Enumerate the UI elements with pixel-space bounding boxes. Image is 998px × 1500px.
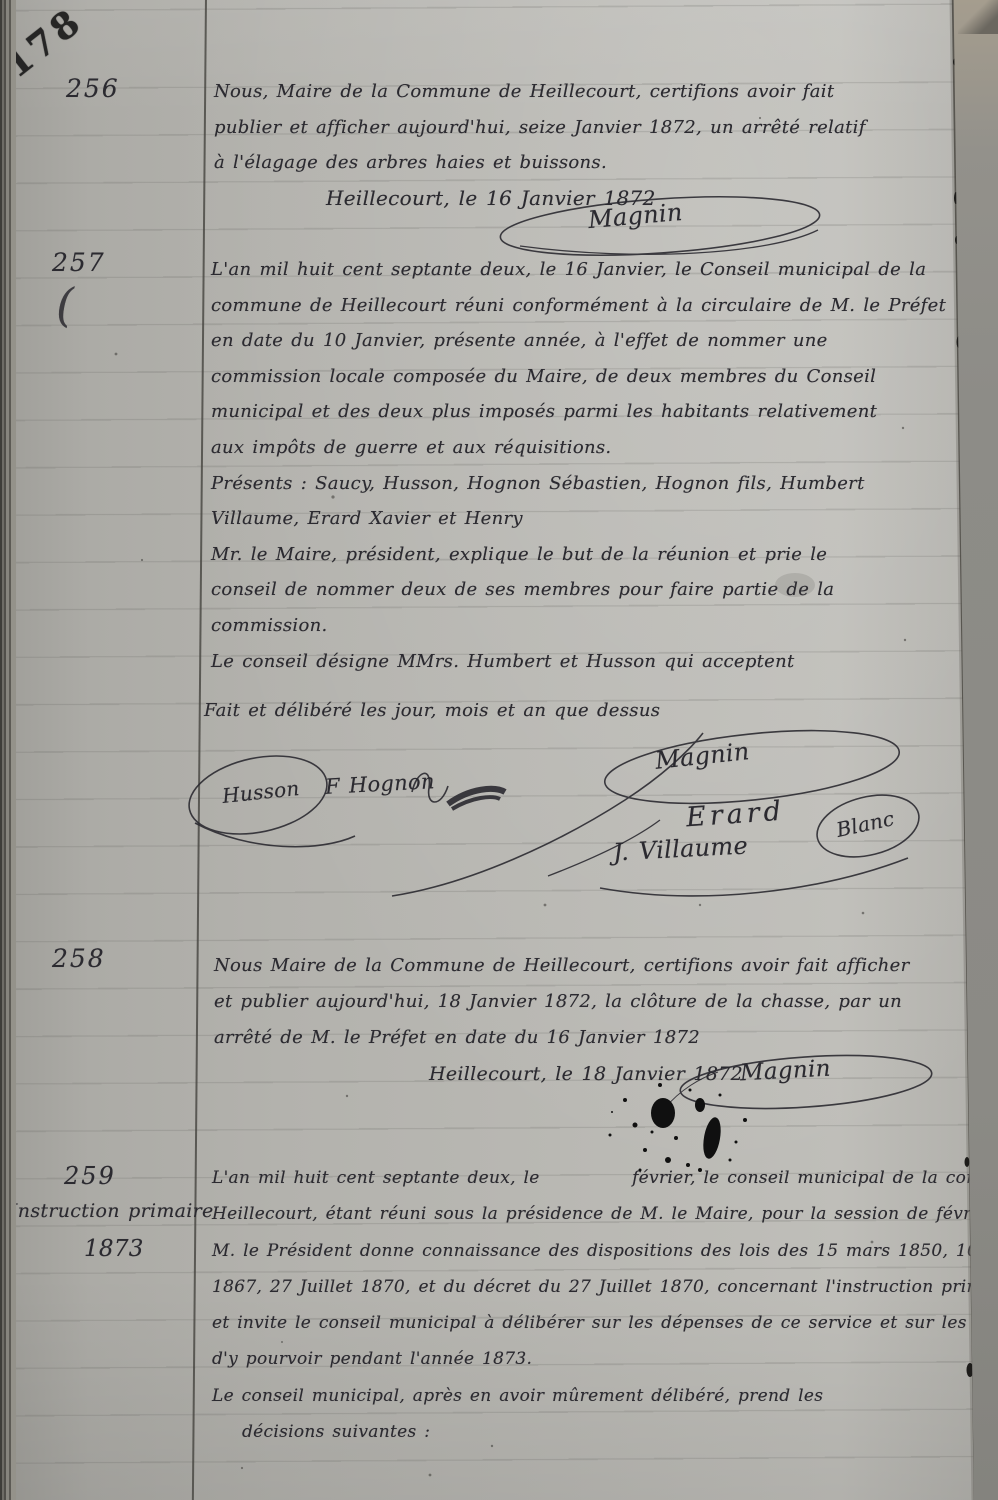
- entry-date-line: Heillecourt, le 16 Janvier 1872: [214, 181, 866, 217]
- margin-note-instruction-primaire: Instruction primaire: [10, 1200, 214, 1222]
- entry-line: Le conseil désigne MMrs. Humbert et Huss…: [211, 644, 946, 680]
- entry-line: 1867, 27 Juillet 1870, et du décret du 2…: [212, 1269, 998, 1305]
- margin-number-257: 257: [52, 248, 106, 277]
- entry-259: L'an mil huit cent septante deux, le fév…: [212, 1160, 998, 1450]
- entry-line: et invite le conseil municipal à délibér…: [212, 1305, 998, 1341]
- entry-line: et publier aujourd'hui, 18 Janvier 1872,…: [214, 984, 910, 1020]
- entry-line: L'an mil huit cent septante deux, le fév…: [212, 1160, 998, 1196]
- closing-formula: Fait et délibéré les jour, mois et an qu…: [204, 700, 660, 721]
- margin-number-259: 259: [64, 1162, 116, 1190]
- margin-number-258: 258: [52, 944, 106, 973]
- binding-corner-shadow: [958, 0, 998, 34]
- entry-line: commission locale composée du Maire, de …: [211, 359, 946, 395]
- entry-line: arrêté de M. le Préfet en date du 16 Jan…: [214, 1020, 910, 1056]
- margin-number-256: 256: [66, 74, 120, 103]
- entry-257: L'an mil huit cent septante deux, le 16 …: [211, 252, 946, 679]
- entry-line: commune de Heillecourt réuni conformémen…: [211, 288, 946, 324]
- register-page-scan: 178 256 257 ( 258 259 Instruction primai…: [0, 0, 998, 1500]
- entry-line: Le conseil municipal, après en avoir mûr…: [212, 1378, 998, 1414]
- entry-line: L'an mil huit cent septante deux, le 16 …: [211, 252, 946, 288]
- entry-line: Présents : Saucy, Husson, Hognon Sébasti…: [211, 466, 946, 502]
- entry-line: conseil de nommer deux de ses membres po…: [211, 572, 946, 608]
- margin-flourish: (: [56, 278, 74, 332]
- entry-256: Nous, Maire de la Commune de Heillecourt…: [214, 74, 866, 216]
- entry-line: Heillecourt, étant réuni sous la préside…: [212, 1196, 998, 1232]
- signature-magnin: Magnin: [739, 1056, 831, 1087]
- entry-line: Mr. le Maire, président, explique le but…: [211, 537, 946, 573]
- book-page-edges: [0, 0, 16, 1500]
- entry-line: en date du 10 Janvier, présente année, à…: [211, 323, 946, 359]
- entry-line: commission.: [211, 608, 946, 644]
- entry-line: décisions suivantes :: [212, 1414, 998, 1450]
- entry-line: Nous, Maire de la Commune de Heillecourt…: [214, 74, 866, 110]
- entry-line: municipal et des deux plus imposés parmi…: [211, 394, 946, 430]
- entry-line: d'y pourvoir pendant l'année 1873.: [212, 1341, 998, 1377]
- entry-line: Villaume, Erard Xavier et Henry: [211, 501, 946, 537]
- entry-line: Nous Maire de la Commune de Heillecourt,…: [214, 948, 910, 984]
- margin-note-year: 1873: [84, 1236, 144, 1262]
- entry-line: à l'élagage des arbres haies et buissons…: [214, 145, 866, 181]
- entry-line: publier et afficher aujourd'hui, seize J…: [214, 110, 866, 146]
- entry-line: aux impôts de guerre et aux réquisitions…: [211, 430, 946, 466]
- entry-line: M. le Président donne connaissance des d…: [212, 1233, 998, 1269]
